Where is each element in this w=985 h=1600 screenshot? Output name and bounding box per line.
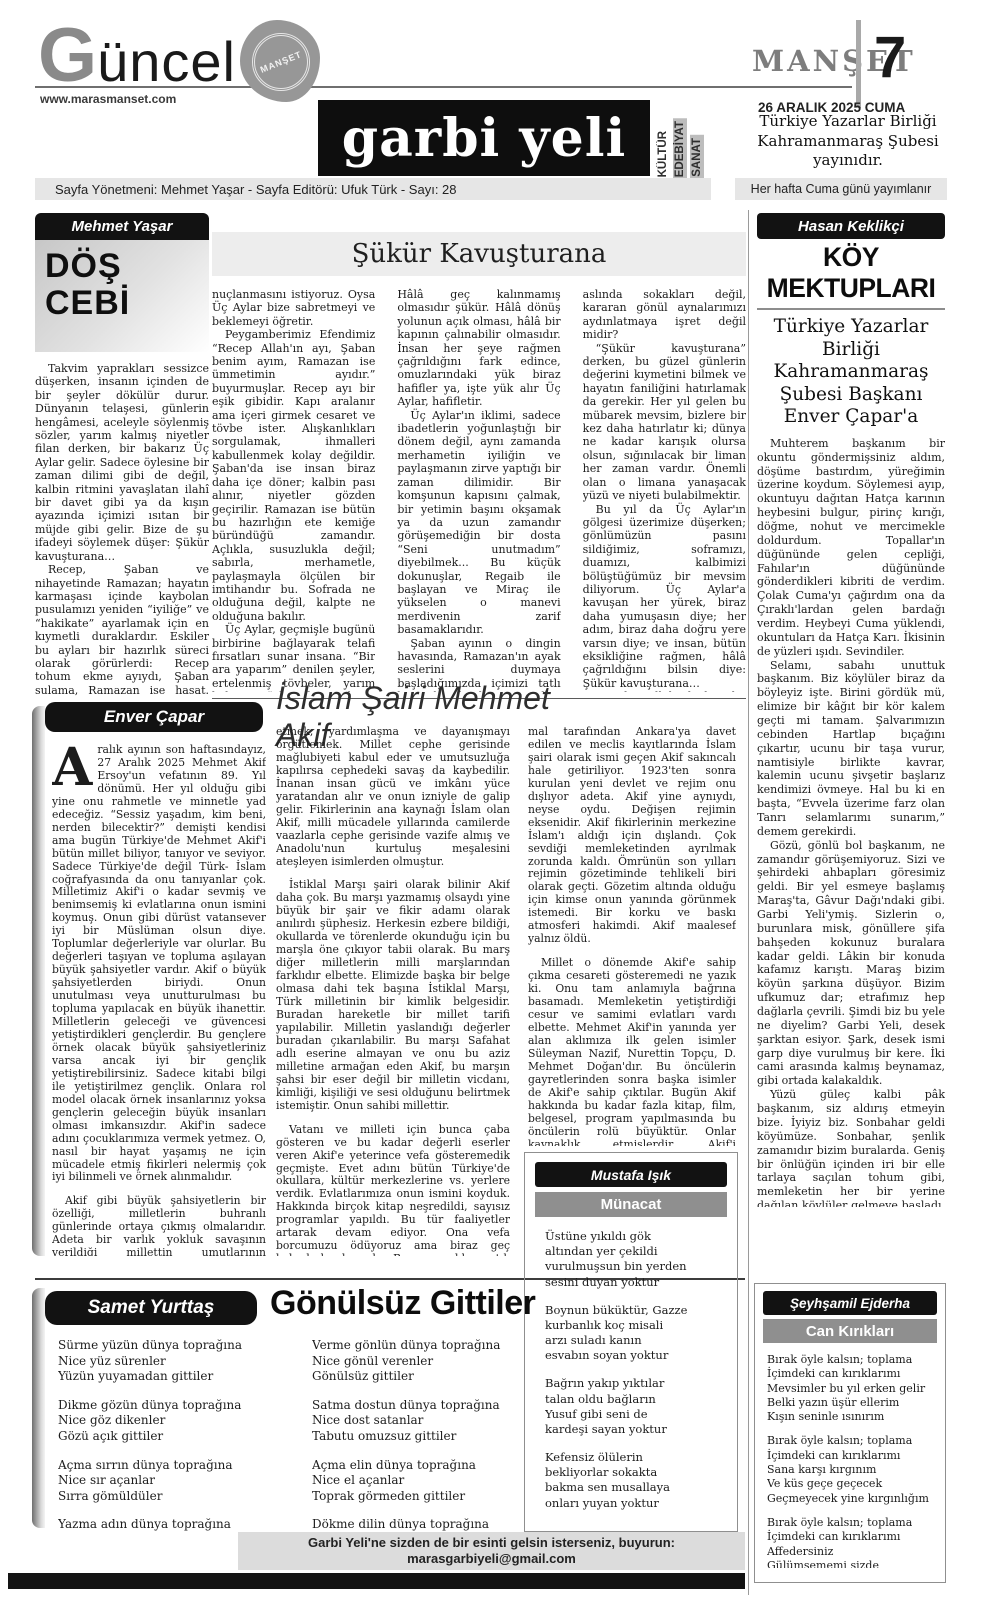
supplement-masthead: garbi yeli: [318, 100, 650, 176]
stanza: Açma sırrın dünya toprağına Nice sır aça…: [58, 1458, 258, 1505]
byline-samet-yurttas: Samet Yurttaş: [45, 1291, 257, 1325]
munacat-title: Münacat: [535, 1192, 727, 1217]
sukur-column-2: Hâlâ geç kalınmamış olmasıdır şükür. Hâl…: [397, 288, 560, 692]
dos-cebi-headline: DÖŞ CEBİ: [35, 240, 209, 352]
stanza: Bırak öyle kalsın; toplama İçimdeki can …: [767, 1434, 937, 1505]
can-kiriklari-title: Can Kırıkları: [763, 1319, 937, 1343]
paragraph: Cenab-ı Allah, bizleri bu manevi iklimin…: [583, 690, 746, 692]
schedule-note: Her hafta Cuma günü yayımlanır: [735, 178, 947, 200]
paragraph: Üç Aylar'ın iklimi, sadece ibadetlerin y…: [397, 409, 560, 637]
paragraph: Takvim yaprakları sessizce düşerken, ins…: [35, 362, 209, 563]
can-kiriklari-poem: Bırak öyle kalsın; toplama İçimdeki can …: [767, 1353, 937, 1568]
newspaper-page: Güncel www.marasmanset.com MANŞET MANŞET…: [0, 0, 985, 1600]
submission-email-link[interactable]: marasgarbiyeli@gmail.com: [407, 1551, 576, 1567]
munacat-poem: Üstüne yıkıldı gök altından yer çekildi …: [545, 1229, 727, 1519]
masthead-tags: KÜLTÜR EDEBİYAT SANAT: [656, 102, 707, 180]
staff-line: Sayfa Yönetmeni: Mehmet Yaşar - Sayfa Ed…: [35, 178, 711, 200]
stanza: Bırak öyle kalsın; toplama İçimdeki can …: [767, 1353, 937, 1424]
paragraph: aslında sokakları değil, kararan gönül a…: [583, 288, 746, 342]
sukur-column-3: aslında sokakları değil, kararan gönül a…: [583, 288, 746, 692]
site-url-link[interactable]: www.marasmanset.com: [40, 92, 176, 106]
byline-mustafa-isik: Mustafa Işık: [535, 1162, 727, 1187]
stanza: Satma dostun dünya toprağına Nice dost s…: [312, 1398, 507, 1445]
site-logo: Güncel: [38, 18, 236, 94]
byline-seyhsamil-ejderha: Şeyhşamil Ejderha: [763, 1291, 937, 1315]
gonulsuz-headline: Gönülsüz Gittiler: [270, 1284, 740, 1323]
bottom-bar: [8, 1573, 745, 1589]
publisher-note: Türkiye Yazarlar Birliği Kahramanmaraş Ş…: [742, 112, 954, 171]
paragraph: Millet o dönemde Akif'e sahip çıkma cesa…: [528, 957, 736, 1146]
submission-invite: Garbi Yeli'ne sizden de bir esinti gelsi…: [238, 1532, 745, 1570]
paragraph: nuçlanmasını istiyoruz. Oysa Üç Aylar bi…: [212, 288, 375, 328]
sukur-headline: Şükür Kavuşturana: [352, 239, 607, 269]
stanza: Dikme gözün dünya toprağına Nice göz dik…: [58, 1398, 258, 1445]
tag-sanat: SANAT: [690, 135, 704, 180]
koy-body: Muhterem başkanım bir okuntu göndermişsi…: [757, 437, 945, 1207]
paragraph: Bu yıl da Üç Aylar'ın gölgesi üzerimize …: [583, 503, 746, 691]
stanza: Üstüne yıkıldı gök altından yer çekildi …: [545, 1229, 727, 1290]
masthead-title: garbi yeli: [342, 108, 626, 169]
paragraph: Recep, Şaban ve nihayetinde Ramazan; hay…: [35, 563, 209, 697]
stanza: Yazma adın dünya toprağına Nice şanlı ad…: [58, 1517, 258, 1533]
paragraph: mal tarafından Ankara'ya davet edilen ve…: [528, 726, 736, 946]
article-koy-mektuplari: Hasan Keklikçi KÖY MEKTUPLARI Türkiye Ya…: [757, 213, 945, 1207]
page-fold-decoration: [32, 706, 45, 1256]
sukur-column-1: nuçlanmasını istiyoruz. Oysa Üç Aylar bi…: [212, 288, 375, 692]
manset-stamp-icon: MANŞET: [240, 20, 320, 102]
koy-headline: KÖY MEKTUPLARI: [757, 239, 945, 310]
dos-cebi-headline-line1: DÖŞ: [45, 248, 209, 285]
dos-cebi-headline-line2: CEBİ: [45, 285, 209, 322]
paragraph: Peygamberimiz Efendimiz “Recep Allah'ın …: [212, 328, 375, 623]
paragraph: Akif gibi büyük şahsiyetlerin bir özelli…: [52, 1195, 266, 1256]
stanza: Açma elin dünya toprağına Nice el açanla…: [312, 1458, 507, 1505]
paragraph: İstiklal Marşı şairi olarak bilinir Akif…: [276, 879, 510, 1112]
dos-cebi-body: Takvim yaprakları sessizce düşerken, ins…: [35, 362, 209, 697]
akif-column-3: mal tarafından Ankara'ya davet edilen ve…: [528, 726, 736, 1146]
submission-invite-text: Garbi Yeli'ne sizden de bir esinti gelsi…: [308, 1535, 675, 1551]
page-number: 7: [874, 24, 906, 91]
samet-poem: Sürme yüzün dünya toprağına Nice yüz sür…: [58, 1338, 258, 1533]
paragraph: Selamı, sabahı unuttuk başkanım. Biz köy…: [757, 659, 945, 839]
paragraph: Hâlâ geç kalınmamış olmasıdır şükür. Hâl…: [397, 288, 560, 409]
stanza: Sürme yüzün dünya toprağına Nice yüz sür…: [58, 1338, 258, 1385]
koy-subtitle: Türkiye Yazarlar Birliği Kahramanmaraş Ş…: [757, 310, 945, 437]
paragraph: Gözü, gönlü bol başkanım, ne zamandır gö…: [757, 839, 945, 1088]
tag-edebiyat: EDEBİYAT: [673, 118, 687, 180]
brand-divider: [856, 20, 861, 108]
header-rule: [35, 86, 852, 88]
paragraph: Muhterem başkanım bir okuntu göndermişsi…: [757, 437, 945, 659]
stanza: Kefensiz ölülerin bekliyorlar sokakta ba…: [545, 1450, 727, 1511]
stanza: Dökme dilin dünya toprağına Nice dil dök…: [312, 1517, 507, 1533]
tag-kultur: KÜLTÜR: [656, 128, 670, 180]
paragraph: Vatanı ve milleti için bunca çaba göster…: [276, 1124, 510, 1256]
stamp-circle: MANŞET: [252, 33, 310, 91]
article-dos-cebi: Mehmet Yaşar DÖŞ CEBİ Takvim yaprakları …: [35, 213, 209, 697]
article-sukur: nuçlanmasını istiyoruz. Oysa Üç Aylar bi…: [212, 288, 746, 692]
stanza: Bırak öyle kalsın; toplama İçimdeki can …: [767, 1516, 937, 1568]
akif-column-1: Aralık ayının son haftasındayız, 27 Aral…: [52, 744, 266, 1256]
byline-mehmet-yasar: Mehmet Yaşar: [35, 213, 209, 240]
stanza: Verme gönlün dünya toprağına Nice gönül …: [312, 1338, 507, 1385]
sukur-headline-band: Şükür Kavuşturana: [212, 232, 746, 276]
paragraph: “Şükür kavuşturana” derken, bu güzel gün…: [583, 342, 746, 503]
byline-hasan-keklikci: Hasan Keklikçi: [757, 213, 945, 239]
paragraph: Yüzü güleç kalbi pâk başkanım, siz aldır…: [757, 1088, 945, 1207]
poem-box-munacat: Mustafa Işık Münacat Üstüne yıkıldı gök …: [524, 1152, 738, 1532]
byline-enver-capar: Enver Çapar: [45, 702, 263, 732]
poem-box-can-kiriklari: Şeyhşamil Ejderha Can Kırıkları Bırak öy…: [754, 1283, 946, 1583]
stamp-text: MANŞET: [259, 49, 304, 75]
paragraph: Aralık ayının son haftasındayız, 27 Aral…: [52, 744, 266, 1184]
gonulsuz-poem: Verme gönlün dünya toprağına Nice gönül …: [312, 1338, 507, 1533]
akif-column-2: etmek, yardımlaşma ve dayanışmayı örgütl…: [276, 726, 510, 1256]
page-fold-decoration: [32, 1288, 45, 1528]
right-column-rule: [748, 210, 749, 1595]
stanza: Bağrın yakıp yıktılar talan oldu bağları…: [545, 1376, 727, 1437]
paragraph: etmek, yardımlaşma ve dayanışmayı örgütl…: [276, 726, 510, 868]
site-logo-rest: üncel: [97, 30, 236, 93]
